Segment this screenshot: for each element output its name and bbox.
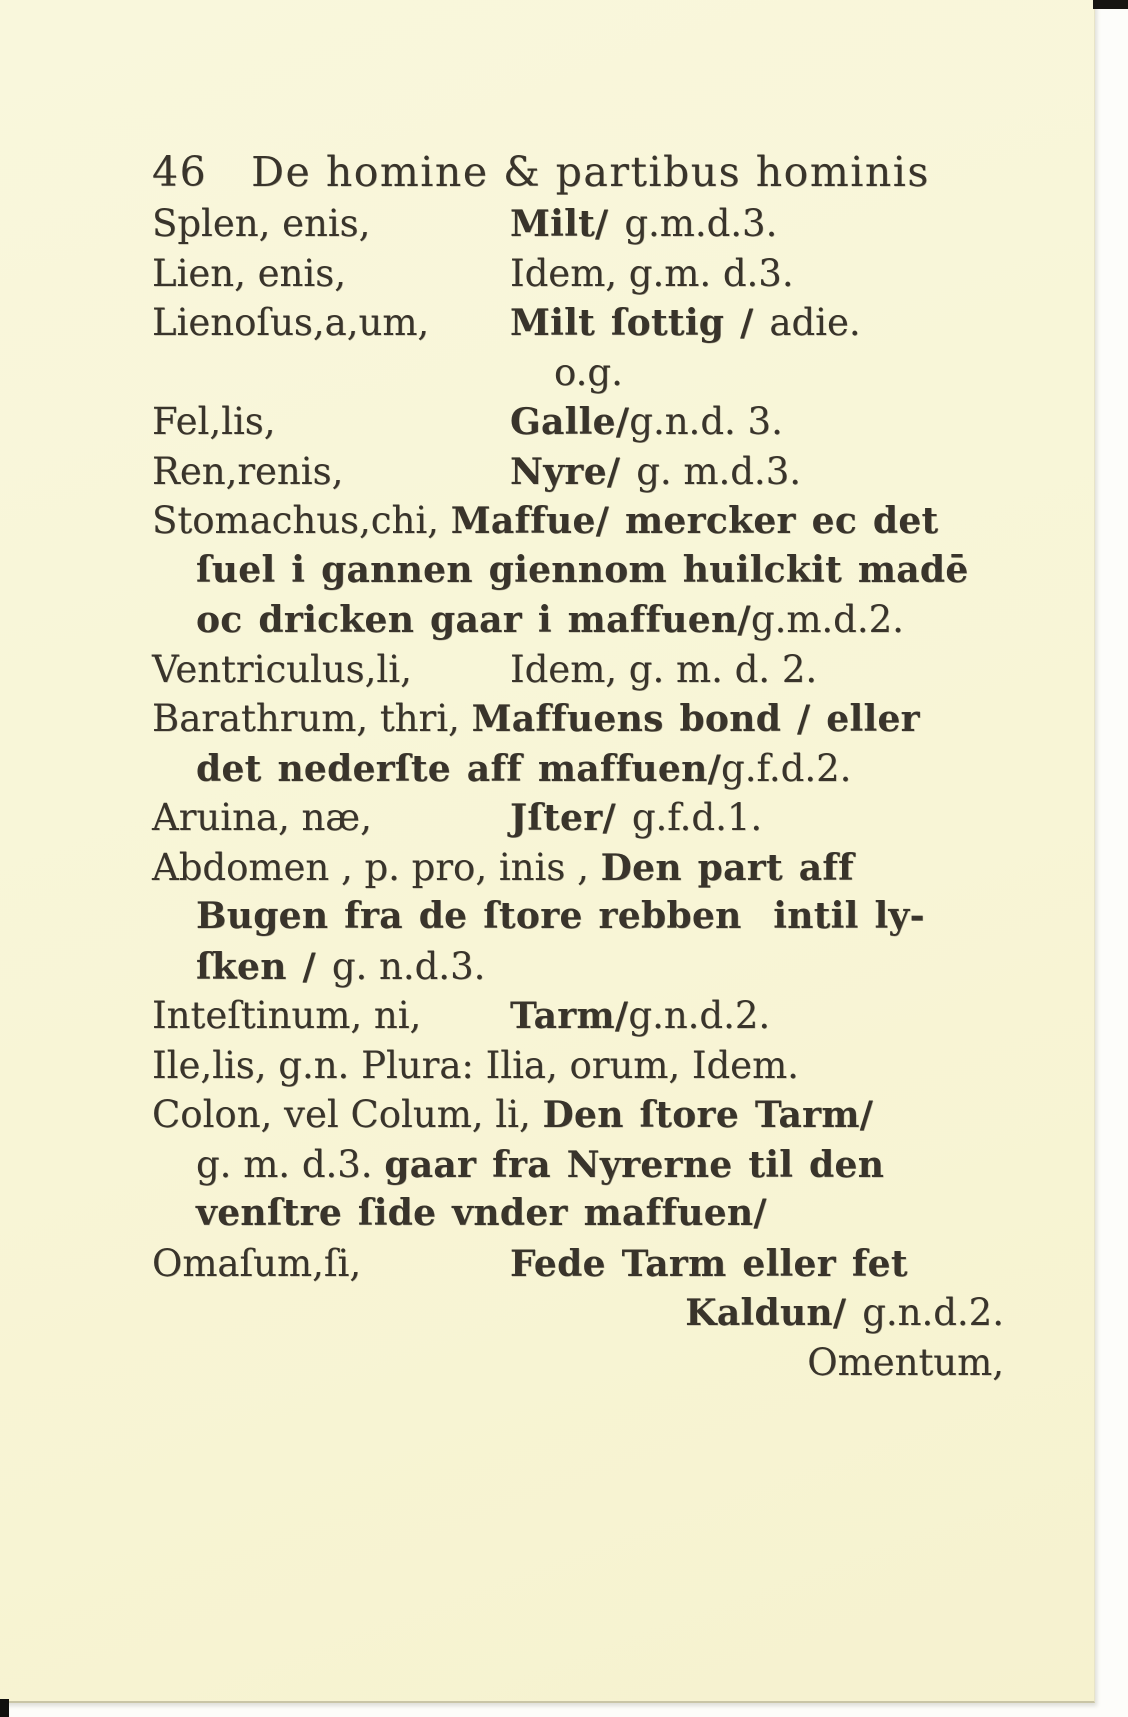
latin-term-text: Ren,renis, [152, 450, 510, 493]
latin-term-text: g.m.d.2. [751, 598, 904, 641]
text-line: Aruina, næ,Jſter/ g.f.d.1. [152, 796, 1024, 846]
latin-term-text: g.n.d.2. [628, 994, 770, 1037]
danish-gloss-text: Maffue/ mercker ec det [451, 500, 939, 542]
latin-term-text: g. m.d.3. [636, 450, 801, 493]
danish-gloss-text: gaar fra Nyrerne til den [384, 1144, 884, 1186]
latin-term-text: Inteſtinum, ni, [152, 994, 510, 1037]
latin-term-text: Omaſum,ſi, [152, 1242, 510, 1285]
page-number: 46 [152, 148, 207, 196]
danish-gloss-text: Maffuens bond / eller [472, 698, 920, 740]
text-line: Colon, vel Colum, li, Den ſtore Tarm/ [152, 1093, 1024, 1143]
latin-term-text: Splen, enis, [152, 202, 510, 245]
latin-term-text: Colon, vel Colum, li, [152, 1093, 543, 1136]
danish-gloss-text: Nyre/ [510, 451, 636, 493]
danish-gloss-text: Kaldun/ [685, 1292, 862, 1334]
danish-gloss-text: Tarm/ [510, 995, 628, 1037]
text-line: Inteſtinum, ni,Tarm/g.n.d.2. [152, 994, 1024, 1044]
latin-term-text: Ventriculus,li, [152, 648, 510, 691]
page-header: 46 De homine & partibus hominis [152, 148, 1024, 200]
text-line: Kaldun/ g.n.d.2. [152, 1291, 1024, 1341]
latin-term-text: g.f.d.1. [632, 796, 762, 839]
text-line: Ventriculus,li,Idem, g. m. d. 2. [152, 648, 1024, 698]
latin-term-text: Barathrum, thri, [152, 697, 472, 740]
danish-gloss-text: Milt ſottig / [510, 302, 769, 344]
danish-gloss-text: Bugen fra de ſtore rebben intil ly- [196, 895, 925, 937]
latin-term-text: g.m.d.3. [624, 202, 777, 245]
text-line: Barathrum, thri, Maffuens bond / eller [152, 697, 1024, 747]
latin-term-text: g. m. d.3. [196, 1143, 384, 1186]
danish-gloss-text: ſken / [196, 946, 332, 988]
danish-gloss-text: Den part aff [601, 847, 854, 889]
latin-term-text: g.f.d.2. [721, 747, 851, 790]
danish-gloss-text: Den ſtore Tarm/ [543, 1094, 874, 1136]
latin-term-text: g. n.d.3. [332, 945, 486, 988]
danish-gloss-text: ſuel i gannen giennom huilckit madē [196, 549, 969, 591]
latin-term-text: Abdomen , p. pro, inis , [152, 846, 601, 889]
danish-gloss-text: Jſter/ [510, 797, 632, 839]
latin-term-text: Aruina, næ, [152, 796, 510, 839]
danish-gloss-text: Milt/ [510, 203, 624, 245]
text-line: Splen, enis,Milt/ g.m.d.3. [152, 202, 1024, 252]
text-line: Lienoſus,a,um,Milt ſottig / adie. [152, 301, 1024, 351]
page-lines: Splen, enis,Milt/ g.m.d.3.Lien, enis,Ide… [152, 202, 1024, 1390]
latin-term-text: g.n.d. 3. [629, 400, 783, 443]
text-line: ſuel i gannen giennom huilckit madē [152, 549, 1024, 599]
latin-term-text: Stomachus,chi, [152, 499, 451, 542]
danish-gloss-text: Galle/ [510, 401, 629, 443]
text-line: Ile,lis, g.n. Plura: Ilia, orum, Idem. [152, 1044, 1024, 1094]
latin-term-text: adie. [769, 301, 860, 344]
danish-gloss-text: oc dricken gaar i maffuen/ [196, 599, 751, 641]
text-line: venſtre ſide vnder maffuen/ [152, 1192, 1024, 1242]
text-line: o.g. [152, 351, 1024, 401]
scanner-edge-mark-top-right [1093, 0, 1128, 9]
text-line: Ren,renis,Nyre/ g. m.d.3. [152, 450, 1024, 500]
text-line: ſken / g. n.d.3. [152, 945, 1024, 995]
text-line: Abdomen , p. pro, inis , Den part aff [152, 846, 1024, 896]
latin-term-text: Idem, g.m. d.3. [510, 252, 794, 295]
latin-term-text: Lien, enis, [152, 252, 510, 295]
danish-gloss-text: venſtre ſide vnder maffuen/ [196, 1192, 767, 1234]
text-line: Fel,lis,Galle/g.n.d. 3. [152, 400, 1024, 450]
text-line: Bugen fra de ſtore rebben intil ly- [152, 895, 1024, 945]
running-title: De homine & partibus hominis [251, 148, 930, 196]
latin-term-text: Fel,lis, [152, 400, 510, 443]
latin-term-text: g.n.d.2. [862, 1291, 1004, 1334]
danish-gloss-text: det nederſte aff maffuen/ [196, 748, 721, 790]
text-line: Omaſum,ſi,Fede Tarm eller fet [152, 1242, 1024, 1292]
scanned-page: 46 De homine & partibus hominis Splen, e… [0, 0, 1128, 1717]
latin-term-text: Omentum, [807, 1341, 1004, 1384]
danish-gloss-text: Fede Tarm eller fet [510, 1243, 908, 1285]
text-block: 46 De homine & partibus hominis Splen, e… [152, 148, 1024, 1390]
text-line: Lien, enis,Idem, g.m. d.3. [152, 252, 1024, 302]
latin-term-text: Ile,lis, g.n. Plura: Ilia, orum, Idem. [152, 1044, 799, 1087]
text-line: Omentum, [152, 1341, 1024, 1391]
text-line: Stomachus,chi, Maffue/ mercker ec det [152, 499, 1024, 549]
latin-term-text: Lienoſus,a,um, [152, 301, 510, 344]
latin-term-text: o.g. [554, 351, 623, 394]
latin-term-text: Idem, g. m. d. 2. [510, 648, 817, 691]
text-line: g. m. d.3. gaar fra Nyrerne til den [152, 1143, 1024, 1193]
text-line: oc dricken gaar i maffuen/g.m.d.2. [152, 598, 1024, 648]
text-line: det nederſte aff maffuen/g.f.d.2. [152, 747, 1024, 797]
scanner-edge-mark-bottom-left [0, 1699, 9, 1717]
